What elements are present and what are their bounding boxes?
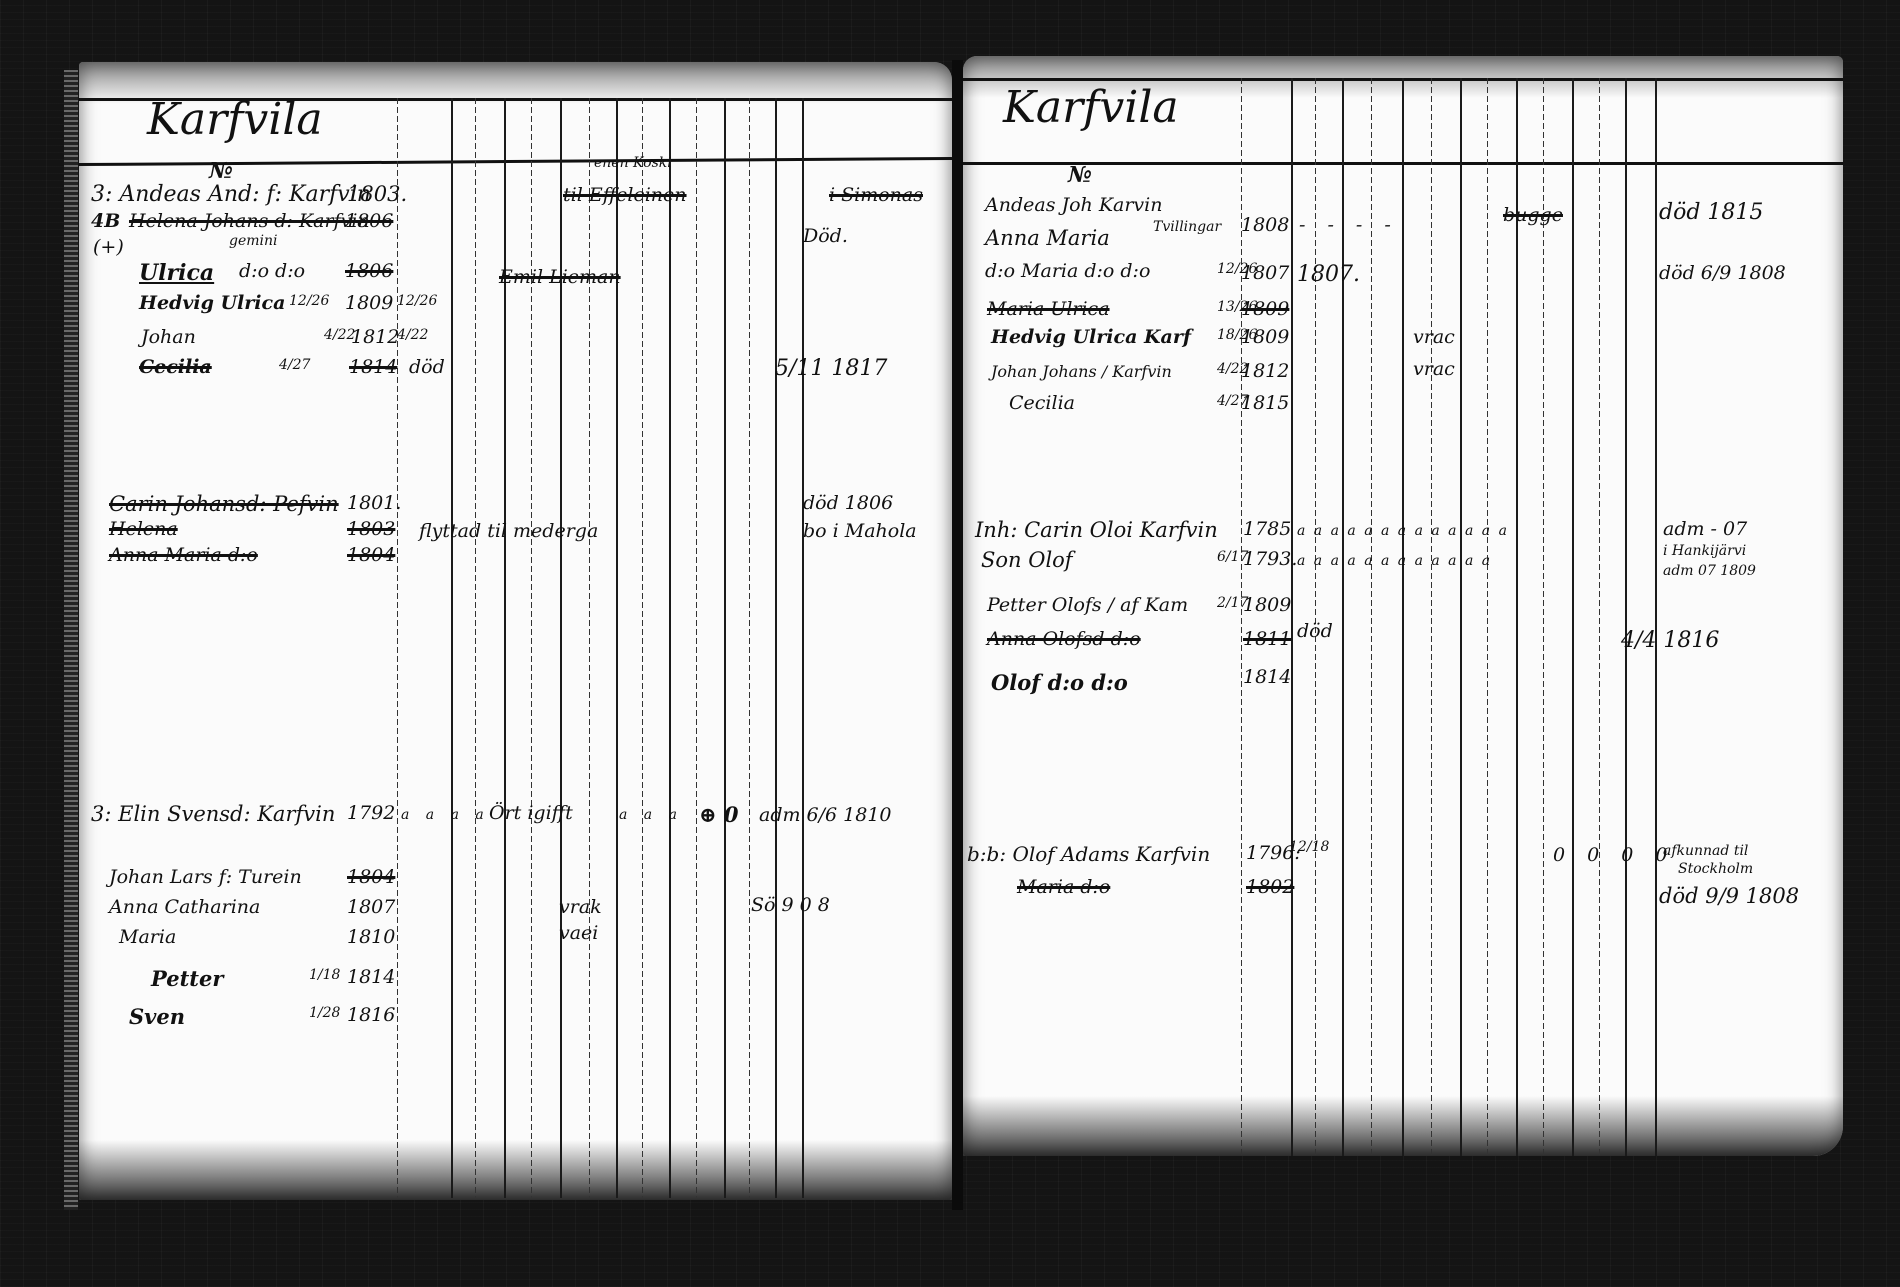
column-rule (1402, 78, 1404, 1156)
entry-note: Ört igifft (489, 804, 573, 823)
entry-name: Andeas Joh Karvin (985, 196, 1162, 215)
entry-name: Maria (119, 928, 176, 947)
entry-year: 1806 (345, 212, 393, 231)
number-header: № (1068, 164, 1092, 186)
entry-year: 1806 (345, 262, 393, 281)
entry-year: 1809 (1241, 328, 1289, 347)
entry-name: Anna Olofsd d:o (987, 630, 1141, 649)
column-rule (775, 98, 777, 1198)
entry-name: Olof d:o d:o (991, 672, 1128, 693)
entry-name: Cecilia (139, 358, 212, 377)
column-rule (504, 98, 506, 1198)
column-rule (642, 98, 643, 1198)
right-page: Karfvila № Andeas Joh Karvin Tvillingar … (963, 56, 1843, 1156)
page-title: Karfvila (1003, 86, 1179, 130)
entry-year: 1807 (1241, 264, 1289, 283)
entry-name: Sven (129, 1006, 185, 1027)
entry-name: Anna Catharina (109, 898, 260, 917)
entry-marks: - - - - (1299, 216, 1399, 235)
entry-note: flyttad til mederga (419, 522, 598, 541)
entry-note: adm 6/6 1810 (759, 806, 892, 825)
entry-note: Stockholm (1678, 862, 1753, 876)
entry-name: Johan (141, 328, 196, 347)
entry-year: 1809 (1243, 596, 1291, 615)
column-rule (1241, 78, 1242, 1156)
entry-date: 12/18 (1289, 840, 1329, 854)
entry-year: 1793. (1243, 550, 1297, 569)
entry-name: Anna Maria (985, 228, 1110, 249)
entry-date: 1/28 (309, 1006, 340, 1020)
entry-death: död 9/9 1808 (1659, 886, 1799, 907)
entry-name: Inh: Carin Oloi Karfvin (975, 520, 1218, 541)
entry-name: Carin Johansd: Pefvin (109, 494, 339, 515)
column-rule (802, 98, 804, 1198)
entry-year: 1803. (347, 184, 407, 205)
column-rule (1291, 78, 1293, 1156)
entry-year: 1802 (1246, 878, 1294, 897)
column-rule (696, 98, 697, 1198)
entry-year: 1814 (347, 968, 395, 987)
entry-name: 3: Andeas And: f: Karfvin (91, 184, 371, 206)
entry-year: 1815 (1241, 394, 1289, 413)
entry-year: 1816 (347, 1006, 395, 1025)
entry-marks: a a a (619, 808, 683, 822)
entry-name: Maria Ulrica (987, 300, 1110, 319)
entry-year: 1810 (347, 928, 395, 947)
entry-note: bo i Mahola (803, 522, 917, 541)
entry-note: Sö 9 0 8 (751, 896, 830, 915)
entry-year: 1792 (347, 804, 395, 823)
entry-name: Hedvig Ulrica (139, 294, 285, 313)
entry-note: enen Koski (594, 156, 672, 170)
entry-year: 1809 (345, 294, 393, 313)
entry-note: Emil Lieman (499, 268, 621, 287)
column-rule (1572, 78, 1574, 1156)
column-rule (589, 98, 590, 1198)
entry-year: 1814 (349, 358, 397, 377)
entry-marks: 0 0 0 0 (1553, 846, 1675, 865)
column-rule (1516, 78, 1518, 1156)
column-rule (1487, 78, 1488, 1156)
entry-name: d:o Maria d:o d:o (985, 262, 1150, 281)
column-rule (1625, 78, 1627, 1156)
entry-note: vrac (1413, 328, 1455, 347)
entry-name: Johan Lars f: Turein (109, 868, 302, 887)
column-rule (1315, 78, 1316, 1156)
entry-name: Petter Olofs / af Kam (987, 596, 1188, 615)
entry-year: 1785 (1243, 520, 1291, 539)
entry-date: 12/26 (289, 294, 329, 308)
entry-note: i Simonas (829, 186, 923, 205)
entry-name: b:b: Olof Adams Karfvin (967, 844, 1210, 864)
entry-date: 4/27 (279, 358, 310, 372)
entry-note: adm 07 1809 (1663, 564, 1756, 578)
column-rule (1371, 78, 1372, 1156)
entry-date: 12/26 (397, 294, 437, 308)
entry-name: Hedvig Ulrica Karf (991, 328, 1191, 347)
entry-name: Anna Maria d:o (109, 546, 258, 565)
entry-year: 1804 (347, 868, 395, 887)
entry-circles: ⊕ 0 (699, 804, 739, 825)
entry-death: 5/11 1817 (775, 358, 887, 380)
entry-name: Maria d:o (1017, 878, 1110, 897)
entry-note: vaei (559, 924, 598, 943)
entry-ditto: d:o d:o (239, 262, 305, 281)
book-edge (64, 70, 78, 1210)
number-header: № (209, 160, 233, 182)
page-title: Karfvila (147, 98, 323, 142)
column-rule (1655, 78, 1657, 1156)
entry-prefix: 4B (91, 212, 120, 231)
entry-death: 4/4 1816 (1621, 630, 1719, 652)
entry-year: 1804 (347, 546, 395, 565)
entry-year: 1808 (1241, 216, 1289, 235)
entry-note: til Effeleinen (563, 186, 687, 205)
entry-year: 1809 (1241, 300, 1289, 319)
column-rule (1431, 78, 1432, 1156)
entry-note: i Hankijärvi (1663, 544, 1746, 558)
entry-death: död 1806 (803, 494, 893, 513)
entry-year: 1812 (1241, 362, 1289, 381)
entry-note: Tvillingar (1153, 220, 1221, 234)
column-rule (1460, 78, 1462, 1156)
column-rule (616, 98, 618, 1198)
entry-note: bugge (1503, 206, 1563, 225)
entry-marks: a a a a a a a a a a a a (1297, 554, 1492, 568)
entry-year: 1807. (1297, 264, 1360, 286)
column-rule (1342, 78, 1344, 1156)
entry-name: gemini (229, 234, 278, 248)
entry-name: 3: Elin Svensd: Karfvin (91, 804, 335, 825)
entry-marks: a a a a a a a a a a a a a (1297, 524, 1509, 538)
column-rule (749, 98, 750, 1198)
left-page: Karfvila № 3: Andeas And: f: Karfvin 180… (79, 62, 952, 1200)
entry-note: vrac (1413, 360, 1455, 379)
entry-note: död (409, 358, 445, 377)
column-rule (397, 98, 398, 1198)
entry-name: Ulrica (139, 262, 214, 284)
entry-year: 1807 (347, 898, 395, 917)
entry-name: Johan Johans / Karfvin (991, 364, 1172, 380)
entry-marks: a a a a (401, 808, 490, 822)
entry-year: 1814 (1243, 668, 1291, 687)
entry-year: 1801. (347, 494, 401, 513)
entry-note: vrak (559, 898, 602, 917)
entry-name: Son Olof (981, 550, 1073, 571)
entry-date: 1/18 (309, 968, 340, 982)
column-rule (531, 98, 532, 1198)
page-shadow (79, 1140, 952, 1200)
entry-name: Helena (109, 520, 178, 539)
column-rule (724, 98, 726, 1198)
column-rule (669, 98, 671, 1198)
column-rule (475, 98, 476, 1198)
column-rule (560, 98, 562, 1198)
entry-name: Helena Johans d: Karfvin (129, 212, 370, 231)
entry-year: 1812 (351, 328, 399, 347)
entry-note: adm - 07 (1663, 520, 1747, 539)
column-rule (451, 98, 453, 1198)
entry-name: Cecilia (1009, 394, 1075, 413)
book-gutter (952, 60, 963, 1210)
entry-year: 1811 (1243, 630, 1291, 649)
entry-name: Petter (151, 968, 223, 989)
entry-date: 4/22 (397, 328, 428, 342)
column-rule (1543, 78, 1544, 1156)
entry-death: död 1815 (1659, 202, 1763, 224)
entry-year: 1803 (347, 520, 395, 539)
entry-note: Död. (803, 227, 848, 246)
column-rule (1599, 78, 1600, 1156)
entry-note: afkunnad til (1663, 844, 1748, 858)
entry-prefix: (+) (93, 238, 124, 257)
entry-note: död (1297, 622, 1333, 641)
entry-death: död 6/9 1808 (1659, 264, 1786, 283)
